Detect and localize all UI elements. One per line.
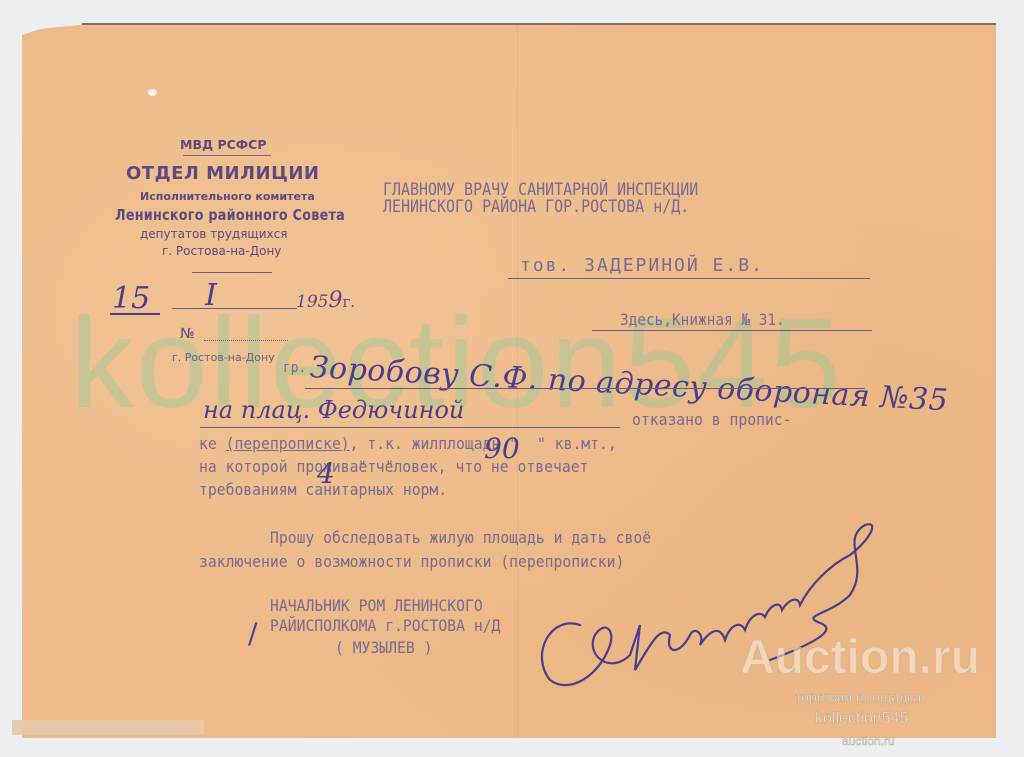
watermark-seller: kollection545 — [815, 710, 908, 728]
addressee-name-underline — [508, 278, 870, 279]
stamp-ministry: МВД РСФСР — [180, 137, 267, 152]
date-day-underline — [110, 313, 160, 315]
name-underline — [305, 388, 865, 389]
stamp-city: г. Ростов-на-Дону — [172, 351, 275, 364]
stamp-department: ОТДЕЛ МИЛИЦИИ — [126, 163, 319, 184]
addressee-name: тов. ЗАДЕРИНОЙ Е.В. — [520, 255, 764, 276]
date-line — [172, 308, 297, 309]
body-line-4-end: " человек, что не отвечает — [358, 457, 588, 476]
stamp-line-city: г. Ростова-на-Дону — [162, 244, 281, 258]
year-handwritten: 9 — [328, 288, 342, 313]
paper-torn-corner — [22, 23, 82, 35]
watermark-brand: Auction.ru — [740, 630, 980, 685]
stamp-line-executive-committee: Исполнительного комитета — [140, 190, 315, 203]
body-line-5: требованиям санитарных норм. — [199, 480, 447, 499]
line3-start: ке — [199, 434, 217, 453]
stamp-line-deputies: депутатов трудящихся — [140, 227, 287, 241]
addressee-line-2: ЛЕНИНСКОГО РАЙОНА ГОР.РОСТОВА н/Д. — [383, 197, 689, 217]
paper-hole — [148, 89, 157, 96]
signature-name: ( МУЗЫЛЕВ ) — [335, 638, 432, 657]
handwritten-mark: / — [248, 617, 257, 650]
stamp-divider — [183, 155, 271, 156]
number-label: № — [180, 326, 195, 342]
body-prefix: гр. — [283, 360, 306, 376]
year-printed: 195 — [296, 292, 328, 312]
stamp-rule — [192, 272, 272, 273]
stamp-line-district-council: Ленинского районного Совета — [115, 206, 345, 224]
signature-title-1: НАЧАЛЬНИК РОМ ЛЕНИНСКОГО — [270, 596, 483, 615]
place-underline — [200, 427, 620, 428]
handwritten-place: на плац. Федючиной — [203, 396, 464, 424]
year-suffix: г. — [342, 293, 355, 311]
addressee-location-underline — [592, 330, 872, 331]
line3-underlined: (перепрописке) — [226, 434, 350, 453]
body-line-3-end: " кв.мт., — [537, 434, 617, 453]
body-line-3: ке (перепрописке), т.к. жилплощадь " — [199, 434, 518, 453]
blurred-patch — [12, 720, 204, 735]
date-day: 15 — [112, 281, 150, 316]
watermark-site: auction.ru — [842, 734, 895, 748]
number-line — [204, 340, 288, 342]
watermark-tagline: торговая площадка — [795, 689, 921, 705]
date-year: 1959г. — [296, 288, 355, 313]
body-line-2: отказано в пропис- — [632, 410, 792, 429]
addressee-location: Здесь,Книжная № 31. — [620, 310, 785, 329]
signature-title-2: РАЙИСПОЛКОМА г.РОСТОВА н/Д — [270, 616, 500, 635]
